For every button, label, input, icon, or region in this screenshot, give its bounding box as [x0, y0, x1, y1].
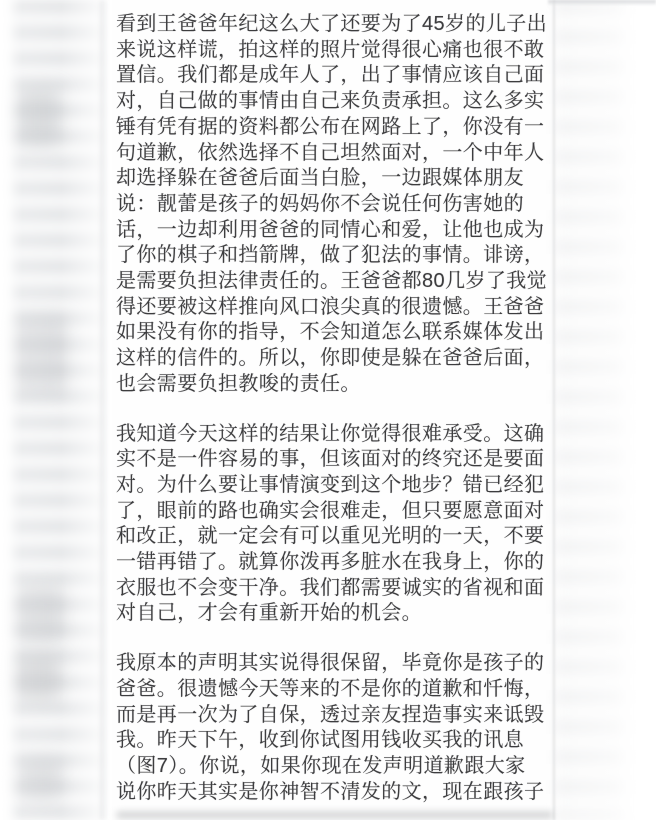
text-line: 也会需要负担教唆的责任。 [116, 372, 556, 398]
text-line: 句道歉，依然选择不自己坦然面对，一个中年人 [116, 141, 556, 167]
right-blur-fade [553, 0, 656, 820]
text-line: 我知道今天这样的结果让你觉得很难承受。这确 [116, 422, 556, 448]
text-line: 这样的信件的。所以，你即使是躲在爸爸后面， [116, 346, 556, 372]
paragraph: 看到王爸爸年纪这么大了还要为了45岁的儿子出来说这样谎，拍这样的照片觉得很心痛也… [116, 12, 556, 398]
statement-text: 看到王爸爸年纪这么大了还要为了45岁的儿子出来说这样谎，拍这样的照片觉得很心痛也… [116, 12, 556, 805]
text-line: 锤有凭有据的资料都公布在网路上了，你没有一 [116, 115, 556, 141]
text-line: 一错再错了。就算你泼再多脏水在我身上，你的 [116, 550, 556, 576]
text-line: 话，一边却利用爸爸的同情心和爱，让他也成为 [116, 218, 556, 244]
top-edge-smudge [548, 0, 656, 5]
text-line: 却选择躲在爸爸后面当白脸，一边跟媒体朋友 [116, 166, 556, 192]
left-blur-fade [0, 0, 112, 820]
page-edge-line [553, 0, 555, 820]
cutoff-text-blur [116, 811, 553, 819]
text-line: 看到王爸爸年纪这么大了还要为了45岁的儿子出 [116, 12, 556, 38]
text-line: 置信。我们都是成年人了，出了事情应该自己面 [116, 63, 556, 89]
text-line: 得还要被这样推向风口浪尖真的很遗憾。王爸爸 [116, 295, 556, 321]
text-line: 如果没有你的指导，不会知道怎么联系媒体发出 [116, 320, 556, 346]
text-line: 爸爸。很遗憾今天等来的不是你的道歉和忏悔， [116, 677, 556, 703]
text-line: 衣服也不会变干净。我们都需要诚实的省视和面 [116, 576, 556, 602]
text-line: 对，自己做的事情由自己来负责承担。这么多实 [116, 89, 556, 115]
paragraph: 我知道今天这样的结果让你觉得很难承受。这确实不是一件容易的事，但该面对的终究还是… [116, 422, 556, 628]
text-line: 说你昨天其实是你神智不清发的文，现在跟孩子 [116, 780, 556, 806]
text-line: 我。昨天下午，收到你试图用钱收买我的讯息 [116, 728, 556, 754]
text-line: 我原本的声明其实说得很保留，毕竟你是孩子的 [116, 651, 556, 677]
text-line: （图7）。你说，如果你现在发声明道歉跟大家 [116, 754, 556, 780]
text-line: 和改正，就一定会有可以重见光明的一天，不要 [116, 524, 556, 550]
text-line: 了你的棋子和挡箭牌，做了犯法的事情。诽谤， [116, 243, 556, 269]
text-line: 说：靓蕾是孩子的妈妈你不会说任何伤害她的 [116, 192, 556, 218]
text-line: 是需要负担法律责任的。王爸爸都80几岁了我觉 [116, 269, 556, 295]
page-edge-shadow [100, 0, 109, 820]
statement-photo: 看到王爸爸年纪这么大了还要为了45岁的儿子出来说这样谎，拍这样的照片觉得很心痛也… [0, 0, 656, 820]
text-line: 而是再一次为了自保，透过亲友捏造事实来诋毁 [116, 703, 556, 729]
text-line: 来说这样谎，拍这样的照片觉得很心痛也很不敢 [116, 38, 556, 64]
paragraph: 我原本的声明其实说得很保留，毕竟你是孩子的爸爸。很遗憾今天等来的不是你的道歉和忏… [116, 651, 556, 805]
text-line: 了，眼前的路也确实会很难走，但只要愿意面对 [116, 499, 556, 525]
text-line: 实不是一件容易的事，但该面对的终究还是要面 [116, 447, 556, 473]
text-line: 对自己，才会有重新开始的机会。 [116, 601, 556, 627]
text-line: 对。为什么要让事情演变到这个地步？错已经犯 [116, 473, 556, 499]
